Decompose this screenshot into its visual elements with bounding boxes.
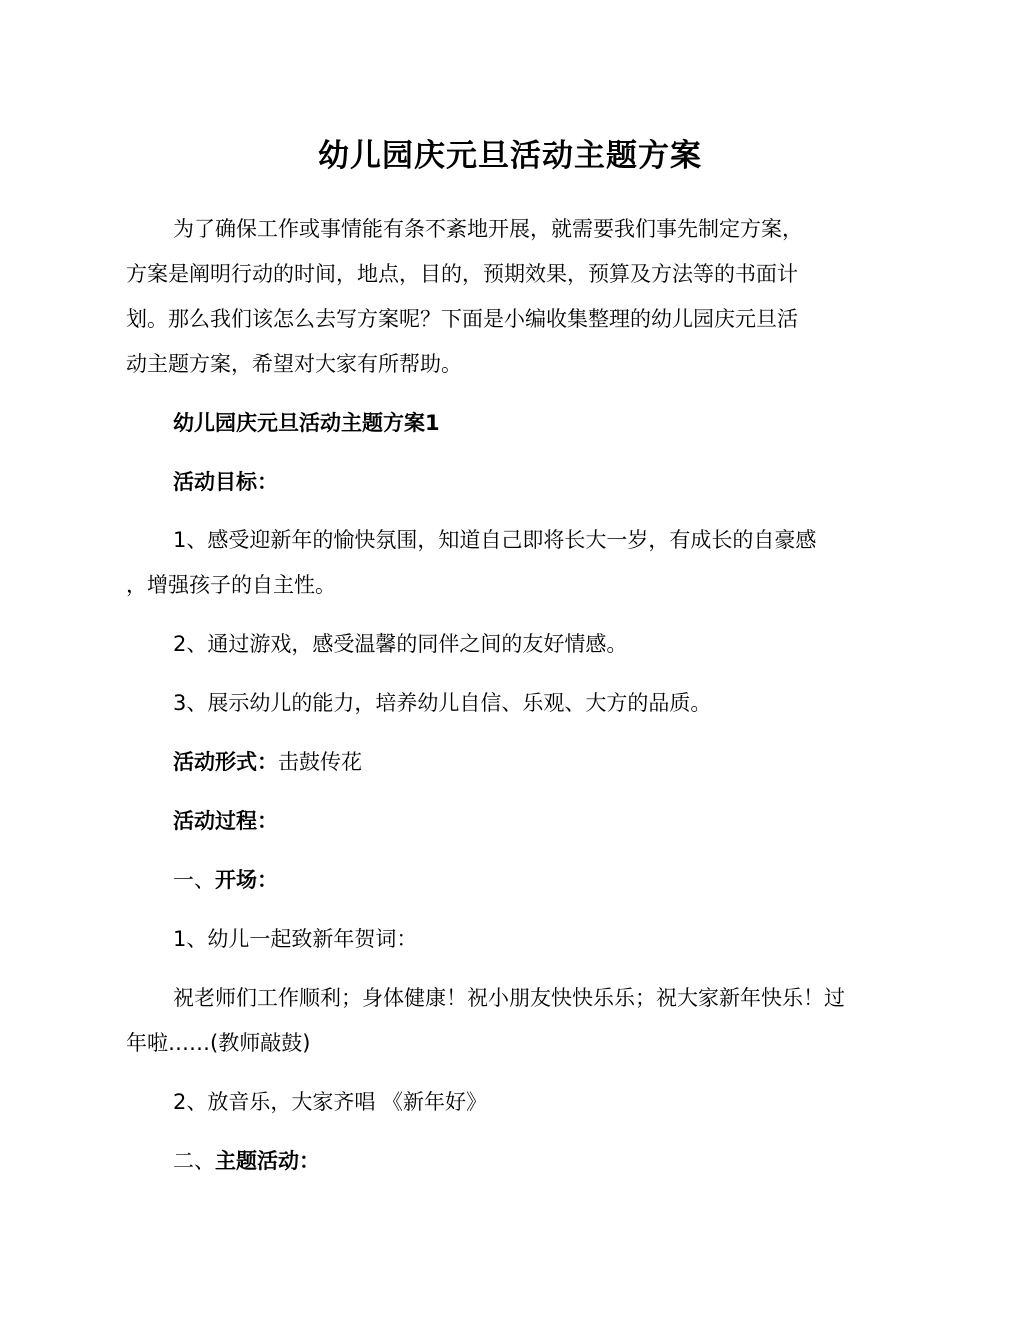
process-heading: 活动过程： (173, 806, 278, 836)
activity-form-value: 击鼓传花 (278, 750, 362, 774)
intro-line: 动主题方案，希望对大家有所帮助。 (126, 349, 462, 379)
intro-line: 为了确保工作或事情能有条不紊地开展，就需要我们事先制定方案， (173, 214, 803, 244)
part1-title: 开场： (215, 868, 278, 892)
goal-item-continued: ，增强孩子的自主性。 (126, 570, 336, 600)
step-item: 1、幼儿一起致新年贺词： (173, 924, 417, 954)
part1-heading: 一、开场： (173, 865, 278, 895)
step-item: 2、放音乐，大家齐唱 《新年好》 (173, 1087, 487, 1117)
goal-item: 3、展示幼儿的能力，培养幼儿自信、乐观、大方的品质。 (173, 688, 711, 718)
greeting-line: 年啦……(教师敲鼓) (126, 1028, 310, 1058)
part2-heading: 二、主题活动： (173, 1146, 320, 1176)
document-page: 幼儿园庆元旦活动主题方案 为了确保工作或事情能有条不紊地开展，就需要我们事先制定… (0, 0, 1020, 1320)
part2-prefix: 二、 (173, 1149, 215, 1173)
greeting-line: 祝老师们工作顺利；身体健康！祝小朋友快快乐乐；祝大家新年快乐！过 (173, 983, 845, 1013)
activity-form: 活动形式：击鼓传花 (173, 747, 362, 777)
part1-prefix: 一、 (173, 868, 215, 892)
activity-form-label: 活动形式： (173, 750, 278, 774)
document-title: 幼儿园庆元旦活动主题方案 (0, 136, 1020, 176)
part2-title: 主题活动： (215, 1149, 320, 1173)
goal-item: 1、感受迎新年的愉快氛围，知道自己即将长大一岁，有成长的自豪感 (173, 525, 816, 555)
intro-line: 划。那么我们该怎么去写方案呢？下面是小编收集整理的幼儿园庆元旦活 (126, 304, 798, 334)
goals-heading: 活动目标： (173, 467, 278, 497)
section-title: 幼儿园庆元旦活动主题方案1 (173, 408, 440, 438)
intro-line: 方案是阐明行动的时间，地点，目的，预期效果，预算及方法等的书面计 (126, 259, 798, 289)
goal-item: 2、通过游戏，感受温馨的同伴之间的友好情感。 (173, 629, 627, 659)
